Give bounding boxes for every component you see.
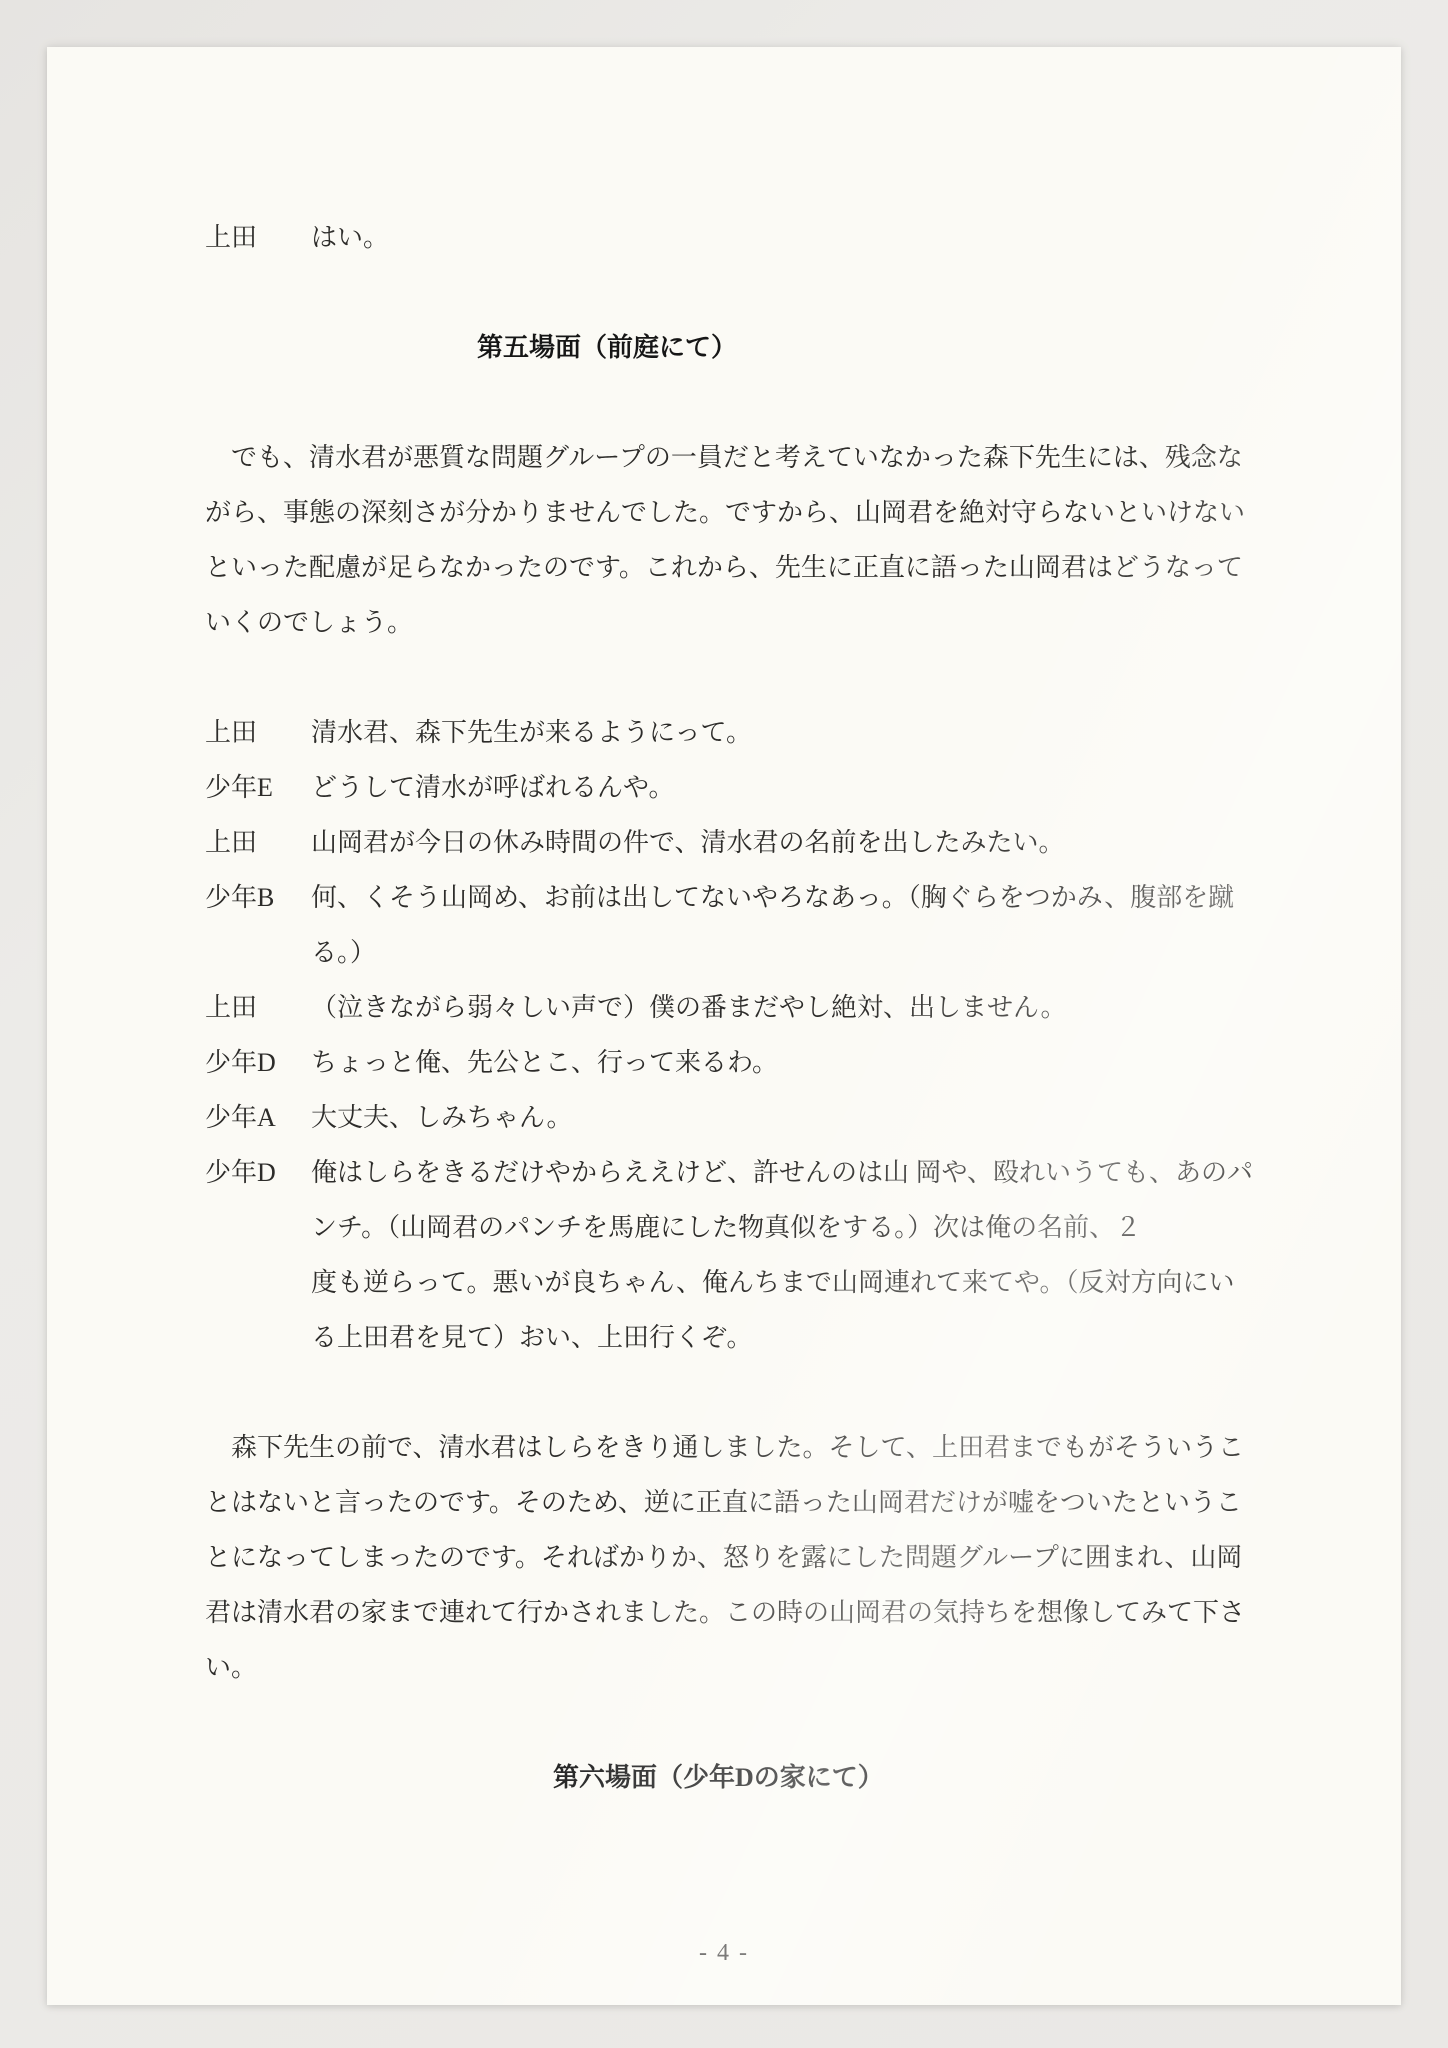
speaker-label: 上田 <box>205 705 311 760</box>
paragraph-line: でも、清水君が悪質な問題グループの一員だと考えていなかった森下先生には、残念な <box>205 430 1325 485</box>
dialogue-text: 俺はしらをきるだけやからええけど、許せんのは山 岡や、殴れいうても、あのパ <box>311 1158 1253 1187</box>
paragraph-line: 森下先生の前で、清水君はしらをきり通しました。そして、上田君までもがそういうこ <box>205 1420 1325 1475</box>
scene-heading: 第六場面（少年Dの家にて） <box>205 1750 1325 1805</box>
document-paper: 上田はい。第五場面（前庭にて） でも、清水君が悪質な問題グループの一員だと考えて… <box>47 47 1401 2005</box>
dialogue-text: ちょっと俺、先公とこ、行って来るわ。 <box>311 1048 778 1077</box>
paragraph-line: とはないと言ったのです。そのため、逆に正直に語った山岡君だけが嘘をついたというこ <box>205 1475 1325 1530</box>
dialogue-text: 清水君、森下先生が来るようにって。 <box>311 718 752 747</box>
dialogue-text: 何、くそう山岡め、お前は出してないやろなあっ。（胸ぐらをつかみ、腹部を蹴 <box>311 883 1234 912</box>
dialogue-line: 少年A大丈夫、しみちゃん。 <box>205 1090 1325 1145</box>
paragraph-line: がら、事態の深刻さが分かりませんでした。ですから、山岡君を絶対守らないといけない <box>205 485 1325 540</box>
page-number: - 4 - <box>47 1940 1401 1967</box>
dialogue-line: 少年Dちょっと俺、先公とこ、行って来るわ。 <box>205 1035 1325 1090</box>
dialogue-continuation-line: る上田君を見て）おい、上田行くぞ。 <box>205 1310 1325 1365</box>
dialogue-continuation-line: る。） <box>205 925 1325 980</box>
speaker-label: 少年D <box>205 1035 311 1090</box>
scene-heading: 第五場面（前庭にて） <box>205 320 1325 375</box>
paragraph-line: 君は清水君の家まで連れて行かされました。この時の山岡君の気持ちを想像してみて下さ <box>205 1585 1325 1640</box>
blank-line <box>205 650 1325 705</box>
dialogue-line: 上田はい。 <box>205 210 1325 265</box>
speaker-label: 上田 <box>205 815 311 870</box>
dialogue-continuation-line: 度も逆らって。悪いが良ちゃん、俺んちまで山岡連れて来てや。（反対方向にい <box>205 1255 1325 1310</box>
dialogue-text: はい。 <box>311 223 389 252</box>
dialogue-line: 上田（泣きながら弱々しい声で）僕の番まだやし絶対、出しません。 <box>205 980 1325 1035</box>
speaker-label: 少年E <box>205 760 311 815</box>
paragraph-line: とになってしまったのです。そればかりか、怒りを露にした問題グループに囲まれ、山岡 <box>205 1530 1325 1585</box>
blank-line <box>205 375 1325 430</box>
dialogue-line: 上田山岡君が今日の休み時間の件で、清水君の名前を出したみたい。 <box>205 815 1325 870</box>
dialogue-line: 少年Eどうして清水が呼ばれるんや。 <box>205 760 1325 815</box>
speaker-label: 少年B <box>205 870 311 925</box>
speaker-label: 上田 <box>205 210 311 265</box>
paragraph-line: といった配慮が足らなかったのです。これから、先生に正直に語った山岡君はどうなって <box>205 540 1325 595</box>
dialogue-line: 少年D俺はしらをきるだけやからええけど、許せんのは山 岡や、殴れいうても、あのパ <box>205 1145 1325 1200</box>
speaker-label: 上田 <box>205 980 311 1035</box>
blank-line <box>205 1695 1325 1750</box>
scanned-document-page: { "page": { "number_label": "- 4 -" }, "… <box>0 0 1448 2048</box>
dialogue-text: 山岡君が今日の休み時間の件で、清水君の名前を出したみたい。 <box>311 828 1064 857</box>
blank-line <box>205 265 1325 320</box>
text-flow: 上田はい。第五場面（前庭にて） でも、清水君が悪質な問題グループの一員だと考えて… <box>205 210 1325 1805</box>
speaker-label: 少年D <box>205 1145 311 1200</box>
dialogue-line: 上田清水君、森下先生が来るようにって。 <box>205 705 1325 760</box>
dialogue-text: （泣きながら弱々しい声で）僕の番まだやし絶対、出しません。 <box>311 993 1067 1022</box>
speaker-label: 少年A <box>205 1090 311 1145</box>
paragraph-line: いくのでしょう。 <box>205 595 1325 650</box>
dialogue-text: 大丈夫、しみちゃん。 <box>311 1103 573 1132</box>
dialogue-text: どうして清水が呼ばれるんや。 <box>311 773 674 802</box>
paragraph-line: い。 <box>205 1640 1325 1695</box>
dialogue-continuation-line: ンチ。（山岡君のパンチを馬鹿にした物真似をする。）次は俺の名前、２ <box>205 1200 1325 1255</box>
blank-line <box>205 1365 1325 1420</box>
dialogue-line: 少年B何、くそう山岡め、お前は出してないやろなあっ。（胸ぐらをつかみ、腹部を蹴 <box>205 870 1325 925</box>
